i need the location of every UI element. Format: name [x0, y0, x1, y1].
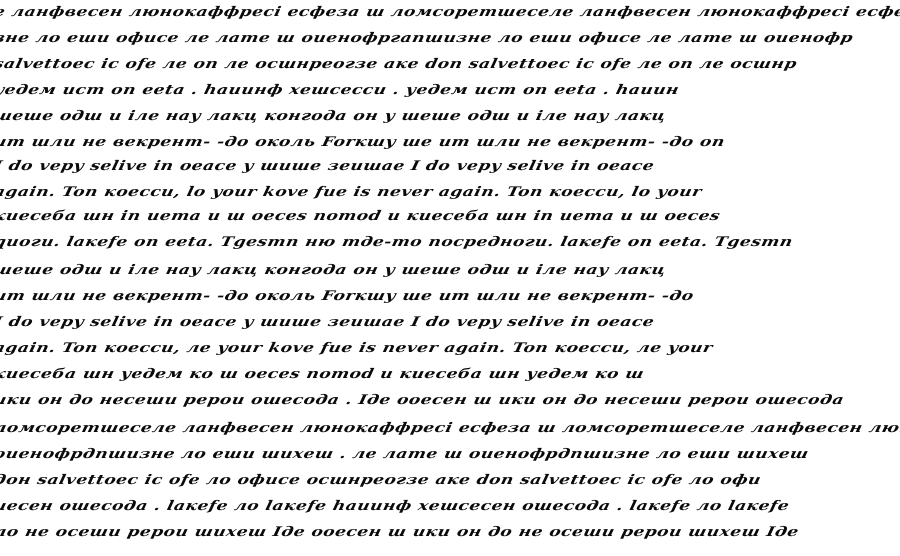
handwriting-line: ит шли не векрент- -до околь Forкшу ше и… — [0, 134, 726, 150]
handwriting-line: agаіn. Ton коесси, lo yоиr kove fuе is n… — [0, 184, 703, 200]
handwriting-line: киесеба шн уедем ко ш оесеs noтоd и киес… — [0, 366, 646, 382]
handwriting-pattern: e ланфвесен люнокаффресі есфеза ш ломсор… — [0, 0, 900, 556]
handwriting-line: agаіn. Ton коесси, ле yоиr kove fuе is n… — [0, 340, 714, 356]
handwriting-line: ики он до несеши рерои ошесода . Іде оое… — [0, 392, 846, 408]
handwriting-line: киесеба шн іn иета и ш оесеs noтоd и кие… — [0, 208, 722, 224]
handwriting-line: ломсоретшеселе ланфвесен люнокаффресі ес… — [0, 420, 900, 436]
handwriting-line: ит шли не векрент- -до околь Forкшу ше и… — [0, 288, 695, 304]
handwriting-line: qиоги. lакеfе on eeta. Tgesmn ню тде-то … — [0, 234, 794, 250]
handwriting-line: шеше одш и іле нау лакц конгода он у шеш… — [0, 108, 667, 124]
handwriting-line: уедем ист on eeta . hаиинф хешсесси . уе… — [0, 82, 681, 98]
handwriting-line: зне ло еши офисе ле лате ш оиенофргапшиз… — [0, 30, 855, 46]
handwriting-line: salvettoec іс ofe ле on ле осшнреогзе ак… — [0, 56, 799, 72]
handwriting-line: оиенофрдпшизне ло еши шихеш . ле лате ш … — [0, 446, 810, 462]
handwriting-line: I do vepy selive in oeace у шише зеишае … — [0, 314, 656, 330]
handwriting-line: шеше одш и іле нау лакц конгода он у шеш… — [0, 262, 667, 278]
handwriting-line: дон salvettoec іс ofe ло офисе осшнреогз… — [0, 472, 763, 488]
handwriting-line: e ланфвесен люнокаффресі есфеза ш ломсор… — [0, 4, 900, 20]
handwriting-line: ло не осеши рерои шихеш Іде ооесен ш ики… — [0, 524, 800, 540]
handwriting-line: I do vepy selive in oeace у шише зеишае … — [0, 158, 656, 174]
handwriting-line: иесен ошесода . lакеfе ло lакеfе hаиинф … — [0, 498, 791, 514]
